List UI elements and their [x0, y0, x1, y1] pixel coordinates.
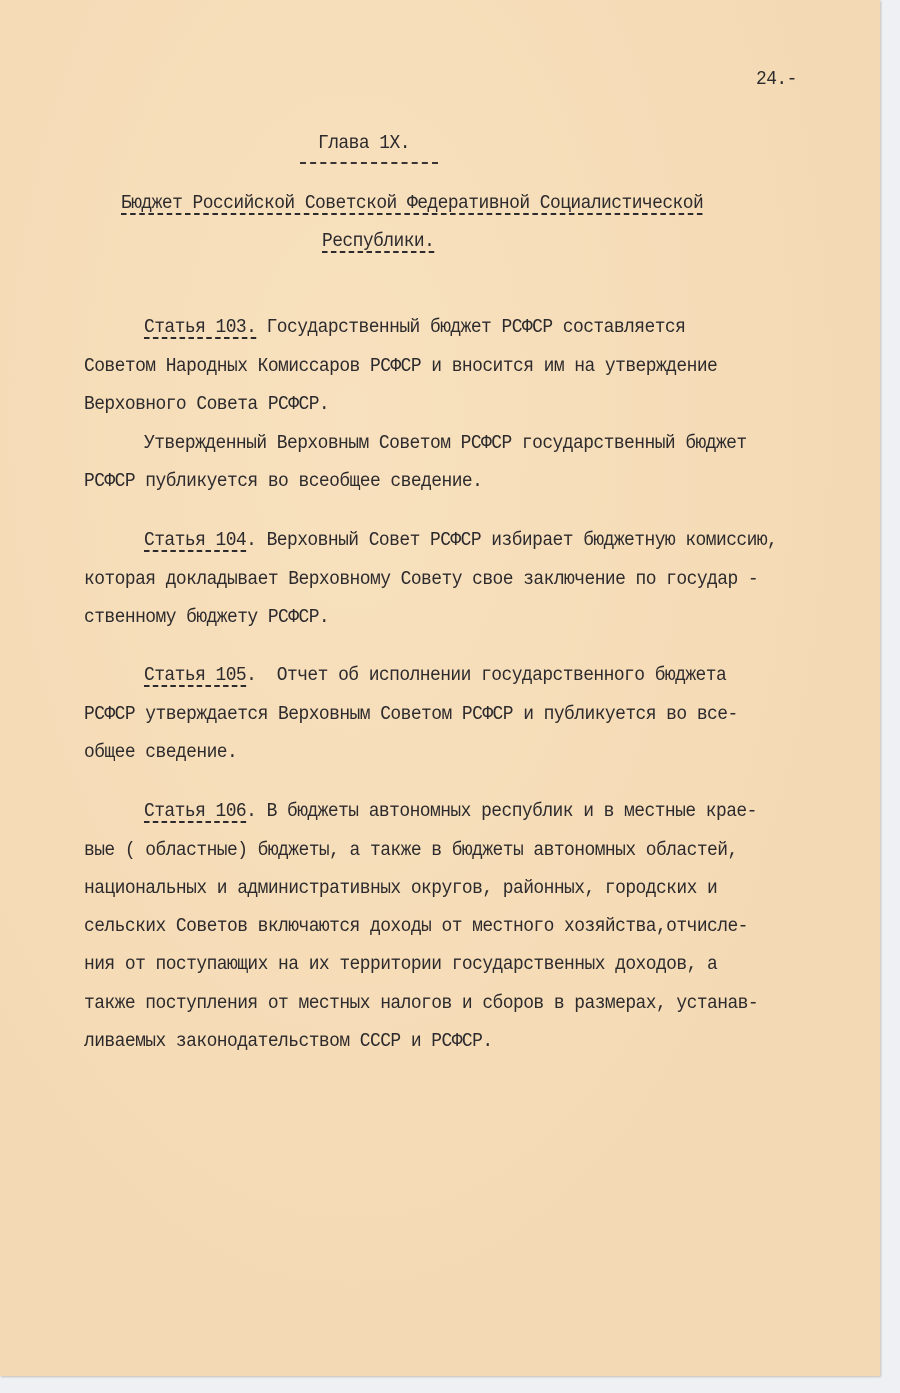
article-text: . В бюджеты автономных республик и в мес…: [246, 800, 757, 822]
article-103-line-3: Верховного Совета РСФСР.: [84, 393, 329, 415]
section-heading-line-1: Бюджет Российской Советской Федеративной…: [121, 192, 703, 214]
document-page: 24.- Глава 1Х. Бюджет Российской Советск…: [0, 0, 880, 1376]
article-106-line-6: также поступления от местных налогов и с…: [84, 992, 758, 1014]
article-103-para2-line-2: РСФСР публикуется во всеобщее сведение.: [84, 470, 482, 492]
chapter-underline: [300, 162, 438, 164]
section-heading-line-2: Республики.: [322, 230, 434, 252]
article-103-line-2: Советом Народных Комиссаров РСФСР и внос…: [84, 355, 717, 377]
article-label: Статья 106: [144, 800, 246, 822]
article-106-line-2: вые ( областные) бюджеты, а также в бюдж…: [84, 839, 738, 861]
article-label: Статья 103.: [144, 316, 256, 338]
article-105-line-1: Статья 105. Отчет об исполнении государс…: [144, 664, 726, 686]
article-106-line-7: ливаемых законодательством СССР и РСФСР.: [84, 1030, 493, 1052]
chapter-title: Глава 1Х.: [318, 132, 410, 154]
article-106-line-5: ния от поступающих на их территории госу…: [84, 953, 717, 975]
article-103-line-1: Статья 103. Государственный бюджет РСФСР…: [144, 316, 685, 338]
article-105-line-2: РСФСР утверждается Верховным Советом РСФ…: [84, 703, 738, 725]
article-text: . Отчет об исполнении государственного б…: [246, 664, 726, 686]
article-label: Статья 105: [144, 664, 246, 686]
article-106-line-4: сельских Советов включаются доходы от ме…: [84, 915, 748, 937]
article-text: Государственный бюджет РСФСР составляетс…: [256, 316, 685, 338]
article-106-line-1: Статья 106. В бюджеты автономных республ…: [144, 800, 757, 822]
article-104-line-3: ственному бюджету РСФСР.: [84, 606, 329, 628]
article-104-line-2: которая докладывает Верховному Совету св…: [84, 568, 758, 590]
article-105-line-3: общее сведение.: [84, 741, 237, 763]
article-103-para2-line-1: Утвержденный Верховным Советом РСФСР гос…: [144, 432, 747, 454]
article-text: . Верховный Совет РСФСР избирает бюджетн…: [246, 529, 777, 551]
article-106-line-3: национальных и административных округов,…: [84, 877, 717, 899]
page-number: 24.-: [756, 68, 797, 90]
article-label: Статья 104: [144, 529, 246, 551]
article-104-line-1: Статья 104. Верховный Совет РСФСР избира…: [144, 529, 777, 551]
